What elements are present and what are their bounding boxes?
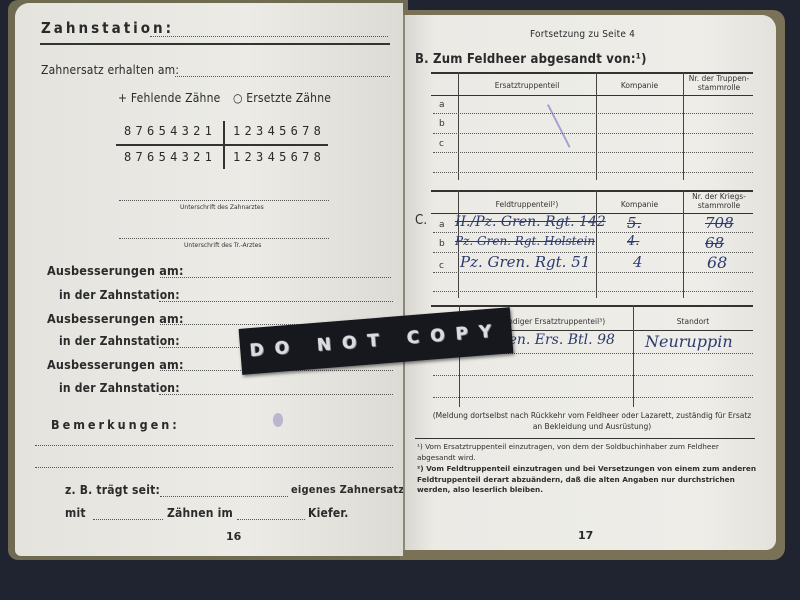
d-header-location: Standort — [633, 317, 753, 326]
b-row-line — [433, 113, 753, 114]
d-row-line — [433, 375, 753, 376]
d-top-rule — [431, 305, 753, 307]
c-header-number: Nr. der Kriegs-stammrolle — [683, 192, 755, 210]
remarks-line-2 — [35, 467, 393, 468]
repair-3-station-label: in der Zahnstation: — [59, 381, 180, 395]
repair-1-station-line — [159, 301, 393, 302]
legend-replaced-teeth: ○ Ersetzte Zähne — [233, 91, 331, 105]
c-row-line — [433, 232, 753, 233]
zb-line1-prefix: z. B. trägt seit: — [65, 483, 160, 497]
watermark-text: DO NOT COPY — [249, 321, 503, 361]
c-row-c-company: 4 — [633, 253, 643, 271]
remarks-line-1 — [35, 445, 393, 446]
dentist-signature-line — [119, 200, 329, 201]
footnote-1: ¹) Vom Ersatztruppenteil einzutragen, vo… — [417, 442, 759, 463]
b-header-rule — [431, 95, 753, 96]
c-row-a-label: a — [439, 220, 445, 230]
dentist-signature-label: Unterschrift des Zahnarztes — [180, 204, 264, 211]
section-c-letter: C. — [415, 213, 427, 228]
teeth-lower-right: 12345678 — [233, 150, 325, 164]
c-row-b-unit: Pz. Gren. Rgt. Holstein — [455, 234, 595, 248]
footnote-rule — [415, 438, 755, 439]
left-page: Zahnstation: Zahnersatz erhalten am: + F… — [15, 3, 403, 556]
c-row-line — [433, 291, 753, 292]
c-row-a-company: 5. — [627, 214, 641, 232]
repair-3-station-line — [159, 394, 393, 395]
teeth-jaw-line — [116, 144, 328, 146]
teeth-midline — [223, 121, 225, 169]
zahnstation-title: Zahnstation: — [41, 19, 174, 37]
c-row-a-number: 708 — [705, 214, 734, 232]
section-b-title: B. Zum Feldheer abgesandt von:¹) — [415, 52, 647, 67]
zahnersatz-dotted-line — [175, 76, 390, 77]
remarks-label: Bemerkungen: — [51, 417, 180, 432]
zb-jaw-line — [237, 519, 305, 520]
repair-1-station-label: in der Zahnstation: — [59, 288, 180, 302]
b-row-a-label: a — [439, 100, 445, 110]
b-row-line — [433, 172, 753, 173]
d-row-line — [433, 397, 753, 398]
b-header-number: Nr. der Truppen-stammrolle — [683, 74, 755, 92]
pencil-mark — [547, 104, 571, 148]
page-number-right: 17 — [578, 529, 593, 542]
repair-1-label: Ausbesserungen am: — [47, 263, 184, 278]
teeth-upper-left: 87654321 — [124, 124, 216, 138]
continuation-note: Fortsetzung zu Seite 4 — [530, 29, 635, 40]
c-row-line — [433, 252, 753, 253]
zb-count-line — [93, 519, 163, 520]
repair-1-line — [160, 277, 391, 278]
teeth-upper-right: 12345678 — [233, 124, 325, 138]
right-page: Fortsetzung zu Seite 4 B. Zum Feldheer a… — [403, 15, 776, 550]
b-row-b-label: b — [439, 119, 445, 129]
footnote-2: ²) Vom Feldtruppenteil einzutragen und b… — [417, 464, 759, 496]
c-header-unit: Feldtruppenteil²) — [458, 200, 596, 209]
zahnstation-dotted-line — [150, 36, 388, 37]
c-row-b-company: 4. — [627, 234, 639, 249]
teeth-lower-left: 87654321 — [124, 150, 216, 164]
zahnersatz-label: Zahnersatz erhalten am: — [41, 63, 179, 77]
d-note: (Meldung dortselbst nach Rückkehr vom Fe… — [427, 410, 757, 432]
tr-arzt-signature-label: Unterschrift des Tr.-Arztes — [184, 242, 261, 249]
page-number-left: 16 — [226, 530, 241, 543]
c-row-c-label: c — [439, 261, 444, 271]
repair-2-station-label: in der Zahnstation: — [59, 334, 180, 348]
c-header-company: Kompanie — [596, 200, 683, 209]
c-row-c-unit: Pz. Gren. Rgt. 51 — [460, 253, 590, 271]
zb-since-line — [160, 496, 288, 497]
d-row-1-location: Neuruppin — [645, 332, 733, 351]
c-row-a-unit: II./Pz. Gren. Rgt. 142 — [455, 214, 606, 230]
c-row-c-number: 68 — [707, 253, 727, 272]
b-row-c-label: c — [439, 139, 444, 149]
c-row-b-number: 68 — [705, 234, 724, 252]
c-row-b-label: b — [439, 239, 445, 249]
b-header-unit: Ersatztruppenteil — [458, 81, 596, 90]
zb-line2-mid: Zähnen im — [167, 506, 233, 520]
zb-line2-suffix: Kiefer. — [308, 506, 349, 520]
title-underline — [40, 43, 390, 45]
b-row-line — [433, 133, 753, 134]
b-row-line — [433, 152, 753, 153]
ink-smudge — [273, 413, 283, 427]
zb-line2-prefix: mit — [65, 506, 86, 520]
b-header-company: Kompanie — [596, 81, 683, 90]
c-row-line — [433, 272, 753, 273]
tr-arzt-signature-line — [119, 238, 329, 239]
legend-missing-teeth: + Fehlende Zähne — [118, 91, 220, 105]
